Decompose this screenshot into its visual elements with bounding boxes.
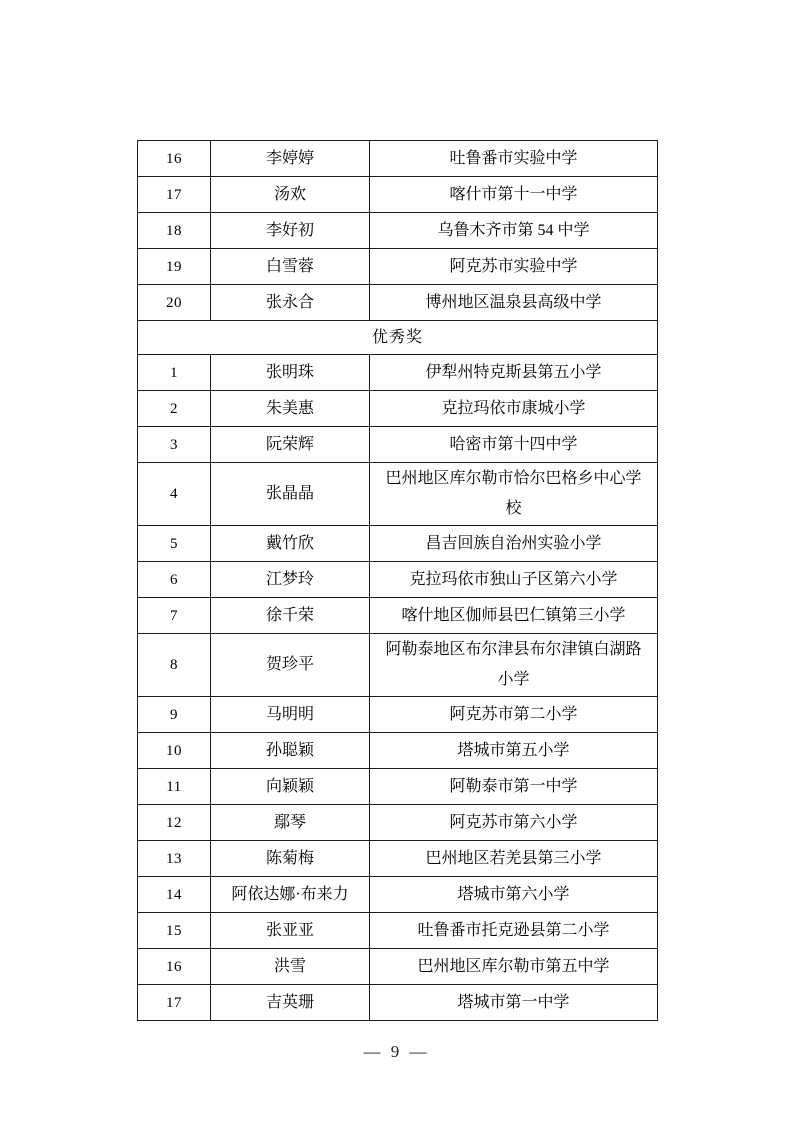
section-header-row: 优秀奖 [138,321,658,355]
rank-cell: 16 [138,141,211,177]
rank-cell: 12 [138,805,211,841]
school-cell: 巴州地区库尔勒市第五中学 [370,949,658,985]
name-cell: 向颖颖 [211,769,370,805]
table-row: 19白雪蓉阿克苏市实验中学 [138,249,658,285]
rank-cell: 15 [138,913,211,949]
rank-cell: 5 [138,526,211,562]
school-cell: 巴州地区库尔勒市恰尔巴格乡中心学校 [370,463,658,526]
name-cell: 朱美惠 [211,391,370,427]
rank-cell: 13 [138,841,211,877]
name-cell: 阮荣辉 [211,427,370,463]
school-cell: 喀什市第十一中学 [370,177,658,213]
rank-cell: 14 [138,877,211,913]
name-cell: 陈菊梅 [211,841,370,877]
name-cell: 贺珍平 [211,634,370,697]
school-cell: 阿勒泰市第一中学 [370,769,658,805]
table-row: 16李婷婷吐鲁番市实验中学 [138,141,658,177]
name-cell: 李婷婷 [211,141,370,177]
table-row: 8贺珍平阿勒泰地区布尔津县布尔津镇白湖路小学 [138,634,658,697]
table-row: 11向颖颖阿勒泰市第一中学 [138,769,658,805]
school-cell: 克拉玛依市独山子区第六小学 [370,562,658,598]
table-row: 16洪雪巴州地区库尔勒市第五中学 [138,949,658,985]
rank-cell: 9 [138,697,211,733]
table-row: 20张永合博州地区温泉县高级中学 [138,285,658,321]
name-cell: 戴竹欣 [211,526,370,562]
rank-cell: 17 [138,177,211,213]
school-cell: 阿克苏市第二小学 [370,697,658,733]
table-row: 7徐千荣喀什地区伽师县巴仁镇第三小学 [138,598,658,634]
school-cell: 伊犁州特克斯县第五小学 [370,355,658,391]
rank-cell: 3 [138,427,211,463]
rank-cell: 6 [138,562,211,598]
school-cell: 吐鲁番市实验中学 [370,141,658,177]
name-cell: 江梦玲 [211,562,370,598]
rank-cell: 16 [138,949,211,985]
rank-cell: 1 [138,355,211,391]
name-cell: 张晶晶 [211,463,370,526]
school-cell: 塔城市第一中学 [370,985,658,1021]
table-row: 15张亚亚吐鲁番市托克逊县第二小学 [138,913,658,949]
school-cell: 博州地区温泉县高级中学 [370,285,658,321]
name-cell: 孙聪颖 [211,733,370,769]
school-cell: 阿克苏市第六小学 [370,805,658,841]
school-cell: 塔城市第五小学 [370,733,658,769]
rank-cell: 4 [138,463,211,526]
page-number: — 9 — [0,1042,793,1062]
school-cell: 喀什地区伽师县巴仁镇第三小学 [370,598,658,634]
table-row: 12鄢琴阿克苏市第六小学 [138,805,658,841]
rank-cell: 18 [138,213,211,249]
name-cell: 李好初 [211,213,370,249]
name-cell: 马明明 [211,697,370,733]
table-row: 3阮荣辉哈密市第十四中学 [138,427,658,463]
table-row: 5戴竹欣昌吉回族自治州实验小学 [138,526,658,562]
rank-cell: 20 [138,285,211,321]
name-cell: 汤欢 [211,177,370,213]
school-cell: 阿克苏市实验中学 [370,249,658,285]
school-cell: 昌吉回族自治州实验小学 [370,526,658,562]
school-cell: 阿勒泰地区布尔津县布尔津镇白湖路小学 [370,634,658,697]
rank-cell: 10 [138,733,211,769]
name-cell: 阿依达娜·布来力 [211,877,370,913]
school-cell: 乌鲁木齐市第 54 中学 [370,213,658,249]
award-table: 16李婷婷吐鲁番市实验中学17汤欢喀什市第十一中学18李好初乌鲁木齐市第 54 … [137,140,658,1021]
section-header: 优秀奖 [138,321,658,355]
name-cell: 白雪蓉 [211,249,370,285]
table-row: 17汤欢喀什市第十一中学 [138,177,658,213]
table-row: 14阿依达娜·布来力塔城市第六小学 [138,877,658,913]
table-row: 10孙聪颖塔城市第五小学 [138,733,658,769]
rank-cell: 11 [138,769,211,805]
table-row: 9马明明阿克苏市第二小学 [138,697,658,733]
page-number-text: — 9 — [364,1042,430,1061]
name-cell: 鄢琴 [211,805,370,841]
table-row: 2朱美惠克拉玛依市康城小学 [138,391,658,427]
rank-cell: 2 [138,391,211,427]
name-cell: 洪雪 [211,949,370,985]
name-cell: 徐千荣 [211,598,370,634]
award-table-body: 16李婷婷吐鲁番市实验中学17汤欢喀什市第十一中学18李好初乌鲁木齐市第 54 … [138,141,658,1021]
table-row: 18李好初乌鲁木齐市第 54 中学 [138,213,658,249]
rank-cell: 8 [138,634,211,697]
rank-cell: 19 [138,249,211,285]
table-row: 6江梦玲克拉玛依市独山子区第六小学 [138,562,658,598]
name-cell: 张明珠 [211,355,370,391]
table-row: 1张明珠伊犁州特克斯县第五小学 [138,355,658,391]
school-cell: 吐鲁番市托克逊县第二小学 [370,913,658,949]
name-cell: 张亚亚 [211,913,370,949]
rank-cell: 7 [138,598,211,634]
school-cell: 塔城市第六小学 [370,877,658,913]
school-cell: 哈密市第十四中学 [370,427,658,463]
table-row: 13陈菊梅巴州地区若羌县第三小学 [138,841,658,877]
table-row: 4张晶晶巴州地区库尔勒市恰尔巴格乡中心学校 [138,463,658,526]
name-cell: 张永合 [211,285,370,321]
name-cell: 吉英珊 [211,985,370,1021]
table-row: 17吉英珊塔城市第一中学 [138,985,658,1021]
rank-cell: 17 [138,985,211,1021]
document-page: 16李婷婷吐鲁番市实验中学17汤欢喀什市第十一中学18李好初乌鲁木齐市第 54 … [0,0,793,1122]
school-cell: 克拉玛依市康城小学 [370,391,658,427]
school-cell: 巴州地区若羌县第三小学 [370,841,658,877]
